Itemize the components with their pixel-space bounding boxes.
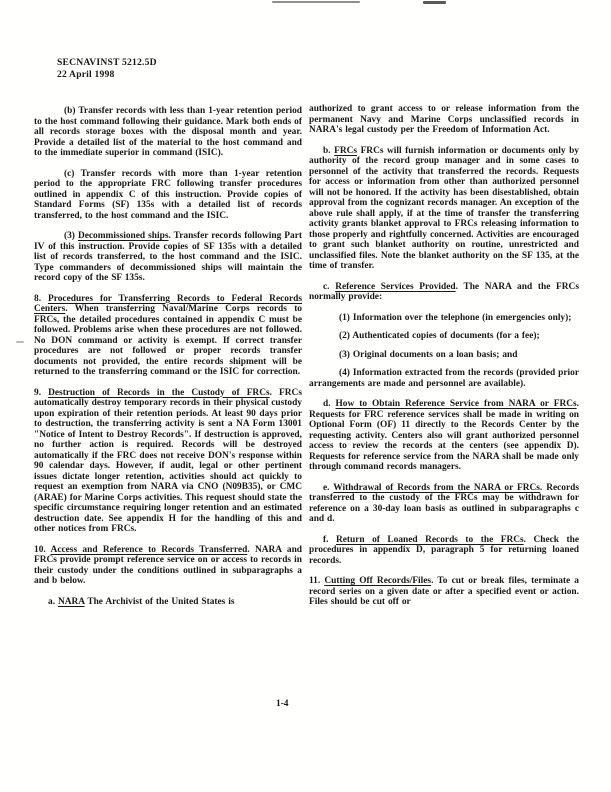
list-item-text: (3) Original documents on a loan basis; … (339, 350, 517, 360)
scan-artifact-left-edge (16, 341, 24, 343)
paragraph-heading: Reference Services Provided (335, 282, 455, 292)
paragraph-heading: How to Obtain Reference Service from NAR… (336, 399, 577, 409)
paragraph-b-transfer-less-1yr: (b) Transfer records with less than 1-ye… (34, 106, 302, 159)
paragraph-body: . When transferring Naval/Marine Corps r… (34, 304, 302, 377)
paragraph-heading: Return of Loaned Records to the FRCs (336, 535, 524, 545)
paragraph-heading: NARA (58, 597, 85, 607)
page-footer: 1-4 (276, 699, 289, 709)
list-item-text: (2) Authenticated copies of documents (f… (339, 331, 540, 341)
paragraph-heading: Destruction of Records in the Custody of… (48, 388, 270, 398)
list-item-1-telephone: (1) Information over the telephone (in e… (309, 313, 579, 324)
paragraph-heading: FRCs (334, 146, 357, 156)
list-item-3-original-documents: (3) Original documents on a loan basis; … (309, 350, 579, 361)
paragraph-lead: 10. (34, 545, 51, 555)
left-column: (b) Transfer records with less than 1-ye… (34, 106, 302, 617)
paragraph-f-return-of-loaned-records: f. Return of Loaned Records to the FRCs.… (309, 535, 579, 567)
paragraph-a-nara: a. NARA The Archivist of the United Stat… (34, 597, 302, 608)
paragraph-lead: a. (48, 597, 58, 607)
paragraph-11-cutting-off-records: 11. Cutting Off Records/Files. To cut or… (309, 576, 579, 608)
list-item-text: (1) Information over the telephone (in e… (339, 313, 571, 323)
paragraph-heading: Cutting Off Records/Files (324, 576, 431, 586)
paragraph-d-obtain-reference-service: d. How to Obtain Reference Service from … (309, 399, 579, 473)
paragraph-9-destruction-of-records: 9. Destruction of Records in the Custody… (34, 388, 302, 535)
paragraph-3-decommissioned-ships: (3) Decommissioned ships. Transfer recor… (34, 231, 302, 284)
paragraph-heading: Access and Reference to Records Transfer… (51, 545, 248, 555)
paragraph-body: . FRCs automatically destroy temporary r… (34, 388, 302, 535)
list-item-text: (4) Information extracted from the recor… (309, 368, 579, 389)
paragraph-lead: e. (323, 483, 333, 493)
paragraph-lead: (3) (64, 231, 78, 241)
paragraph-e-withdrawal-of-records: e. Withdrawal of Records from the NARA o… (309, 483, 579, 525)
instruction-date: 22 April 1998 (57, 69, 157, 81)
scanned-document-page: SECNAVINST 5212.5D 22 April 1998 (b) Tra… (0, 0, 611, 792)
paragraph-b-frcs: b. FRCs FRCs will furnish information or… (309, 146, 579, 272)
paragraph-lead: 8. (34, 294, 48, 304)
scan-artifact-top-short (423, 1, 446, 4)
document-header: SECNAVINST 5212.5D 22 April 1998 (57, 57, 157, 80)
scan-artifact-top-long (272, 1, 360, 3)
paragraph-lead: f. (323, 535, 336, 545)
paragraph-body: FRCs will furnish information or documen… (309, 146, 579, 272)
paragraph-lead: 11. (309, 576, 324, 586)
paragraph-lead: c. (323, 282, 335, 292)
paragraph-c-reference-services: c. Reference Services Provided. The NARA… (309, 282, 579, 303)
paragraph-heading: Withdrawal of Records from the NARA or F… (333, 483, 540, 493)
paragraph-8-transferring-procedures: 8. Procedures for Transferring Records t… (34, 294, 302, 378)
paragraph-c-transfer-more-1yr: (c) Transfer records with more than 1-ye… (34, 169, 302, 222)
right-column: authorized to grant access to or release… (309, 104, 579, 618)
page-number: 1-4 (276, 699, 289, 709)
paragraph-heading: Decommissioned ships (78, 231, 169, 241)
paragraph-10-access-and-reference: 10. Access and Reference to Records Tran… (34, 545, 302, 587)
paragraph-lead: 9. (34, 388, 48, 398)
paragraph-text: (c) Transfer records with more than 1-ye… (34, 169, 302, 221)
list-item-4-information-extracted: (4) Information extracted from the recor… (309, 368, 579, 389)
paragraph-lead: d. (323, 399, 336, 409)
paragraph-lead: b. (323, 146, 334, 156)
paragraph-text: authorized to grant access to or release… (309, 104, 579, 135)
paragraph-continuation-authorized: authorized to grant access to or release… (309, 104, 579, 136)
paragraph-text: (b) Transfer records with less than 1-ye… (34, 106, 302, 158)
paragraph-body: The Archivist of the United States is (85, 597, 235, 607)
list-item-2-authenticated-copies: (2) Authenticated copies of documents (f… (309, 331, 579, 342)
paragraph-body: . Requests for FRC reference services sh… (309, 399, 579, 472)
instruction-number: SECNAVINST 5212.5D (57, 57, 157, 69)
